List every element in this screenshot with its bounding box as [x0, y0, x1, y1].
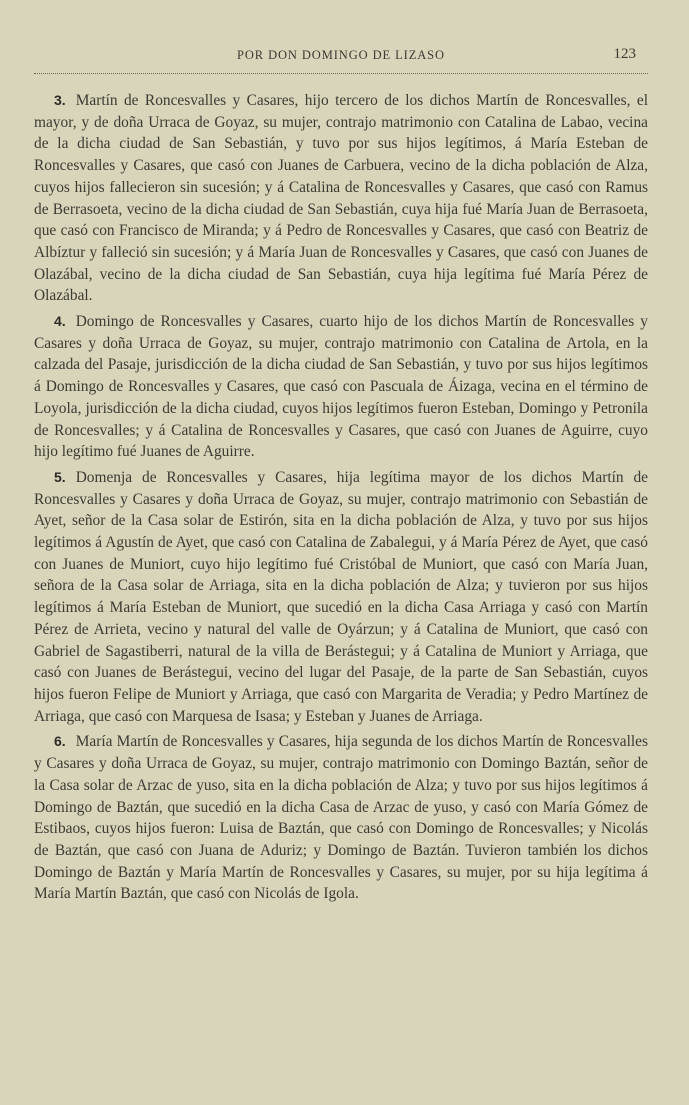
paragraph-text: Domenja de Roncesvalles y Casares, hija … [34, 469, 648, 725]
page-header: POR DON DOMINGO DE LIZASO 123 [34, 48, 648, 68]
paragraph-4: 4.Domingo de Roncesvalles y Casares, cua… [34, 311, 648, 463]
page-body: 3.Martín de Roncesvalles y Casares, hijo… [34, 90, 648, 909]
paragraph-6: 6.María Martín de Roncesvalles y Casares… [34, 731, 648, 905]
header-dotted-rule [34, 73, 648, 74]
paragraph-number: 3. [54, 92, 66, 108]
paragraph-text: Domingo de Roncesvalles y Casares, cuart… [34, 313, 648, 460]
paragraph-text: Martín de Roncesvalles y Casares, hijo t… [34, 92, 648, 304]
page-number: 123 [614, 46, 637, 63]
running-title: POR DON DOMINGO DE LIZASO [34, 48, 648, 63]
paragraph-3: 3.Martín de Roncesvalles y Casares, hijo… [34, 90, 648, 307]
paragraph-number: 6. [54, 733, 66, 749]
paragraph-number: 5. [54, 469, 66, 485]
paragraph-5: 5.Domenja de Roncesvalles y Casares, hij… [34, 467, 648, 727]
paragraph-text: María Martín de Roncesvalles y Casares, … [34, 733, 648, 902]
paragraph-number: 4. [54, 313, 66, 329]
